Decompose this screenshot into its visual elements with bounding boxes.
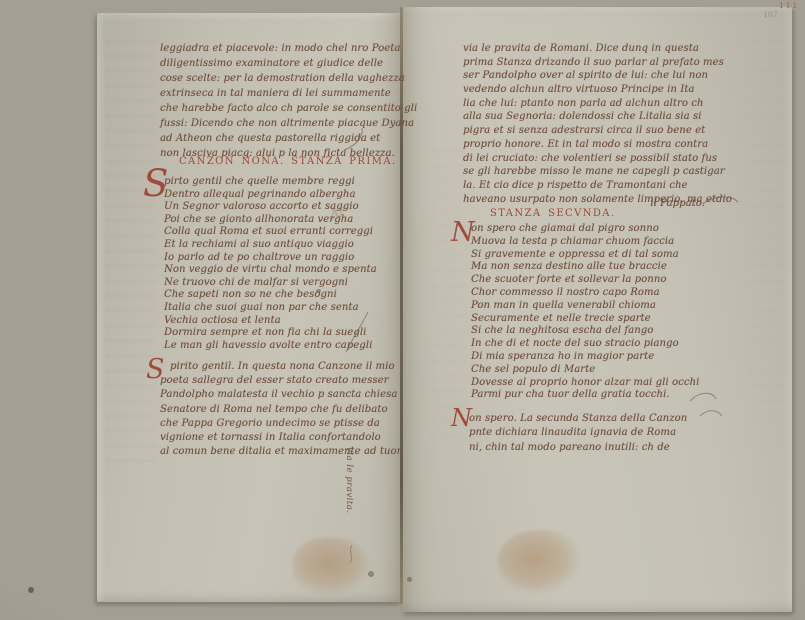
pen-flourish-poem1-end <box>344 310 370 354</box>
text-line: Poi che se gionto allhonorata vergha <box>164 214 394 227</box>
right-stanza-heading: STANZA SECVNDA. <box>490 208 616 219</box>
text-line: Dentro allequal pegrinando albergha <box>164 189 394 202</box>
text-line: che harebbe facto alco ch parole se cons… <box>160 101 406 116</box>
pen-flourish-poem2-end <box>688 387 718 405</box>
ink-speck <box>368 571 374 577</box>
left-prose-intro: leggiadra et piacevole: in modo chel nro… <box>160 41 406 161</box>
text-line: Che sapeti non so ne che besogni <box>164 289 394 302</box>
text-line: Securamente et nelle trecie sparte <box>471 313 721 326</box>
right-prose-continuation: via le pravita de Romani. Dice dunq in q… <box>463 42 745 206</box>
text-line: pigra et si senza adestrarsi circa il su… <box>463 124 745 138</box>
pen-flourish-intro-end <box>340 126 366 152</box>
right-poem-stanza-2: on spero che giamai dal pigro sonnoMuova… <box>471 223 721 402</box>
text-line: se gli harebbe misso le mane ne capegli … <box>463 165 745 179</box>
text-line: cose scelte: per la demostration della v… <box>160 71 406 86</box>
text-line: via le pravita de Romani. Dice dunq in q… <box>463 42 745 56</box>
text-line: proprio honore. Et in tal modo si mostra… <box>463 138 745 152</box>
text-line: la. Et cio dice p rispetto de Tramontani… <box>463 179 745 193</box>
text-line: leggiadra et piacevole: in modo chel nro… <box>160 41 406 56</box>
text-line: che Pappa Gregorio undecimo se ptisse da <box>160 417 406 431</box>
text-line: Che scuoter forte et sollevar la ponno <box>471 274 721 287</box>
text-line: Parmi pur cha tuor della gratia tocchi. <box>471 389 721 402</box>
text-line: pnte dichiara linaudita ignavia de Roma <box>469 426 739 440</box>
ink-speck <box>316 289 321 293</box>
text-line: alla sua Segnoria: dolendossi che Litali… <box>463 110 745 124</box>
text-line: poeta sallegra del esser stato creato me… <box>160 374 406 388</box>
pen-flourish-commentary <box>698 406 724 420</box>
text-line: diligentissimo examinatore et giudice de… <box>160 56 406 71</box>
left-margin-bleed-letter: N <box>330 206 343 224</box>
text-line: Non veggio de virtu chal mondo e spenta <box>164 264 394 277</box>
text-line: Et la rechiami al suo antiquo viaggio <box>164 239 394 252</box>
text-line: extrinseca in tal maniera di lei summame… <box>160 86 406 101</box>
debris-speck <box>28 587 34 593</box>
folio-number-red: 111 <box>779 1 799 10</box>
text-line: Dovesse al proprio honor alzar mai gli o… <box>471 377 721 390</box>
text-line: Muova la testa p chiamar chuom faccia <box>471 236 721 249</box>
text-line: In che di et nocte del suo stracio piang… <box>471 338 721 351</box>
pen-flourish-pappato <box>700 192 740 208</box>
text-line: Si che la neghitosa escha del fango <box>471 325 721 338</box>
ink-speck <box>407 577 412 582</box>
text-line: di lei cruciato: che volentieri se possi… <box>463 152 745 166</box>
text-line: ad Atheon che questa pastorella riggida … <box>160 131 406 146</box>
text-line: al comun bene ditalia et maximamente ad … <box>160 445 406 459</box>
text-line: Un Segnor valoroso accorto et saggio <box>164 201 394 214</box>
text-line: Senatore di Roma nel tempo che fu deliba… <box>160 403 406 417</box>
text-line: Di mia speranza ho in magior parte <box>471 351 721 364</box>
text-line: Pandolpho malatesta il vechio p sancta c… <box>160 388 406 402</box>
text-line: on spero che giamai dal pigro sonno <box>471 223 721 236</box>
stain-right-page <box>497 530 581 594</box>
text-line: ni, chin tal modo pareano inutili: ch de <box>469 441 739 455</box>
text-line: Ma non senza destino alle tue braccie <box>471 261 721 274</box>
left-margin-catchword-vertical: via le pravita. <box>344 447 354 514</box>
text-line: Colla qual Roma et suoi erranti correggi <box>164 226 394 239</box>
text-line: pirito gentil. In questa nona Canzone il… <box>160 360 406 374</box>
folio-number-pencil: 107 <box>763 10 778 19</box>
text-line: vignione et tornassi in Italia confortan… <box>160 431 406 445</box>
text-line: Ne truovo chi de malfar si vergogni <box>164 277 394 290</box>
text-line: prima Stanza drizando il suo parlar al p… <box>463 56 745 70</box>
text-line: Pon man in quella venerabil chioma <box>471 300 721 313</box>
right-prose-end: il Pappato. <box>605 198 705 209</box>
text-line: Chor commesso il nostro capo Roma <box>471 287 721 300</box>
text-line: Si gravemente e oppressa et di tal soma <box>471 249 721 262</box>
text-line: Che sel populo di Marte <box>471 364 721 377</box>
left-commentary: pirito gentil. In questa nona Canzone il… <box>160 360 406 459</box>
text-line: pirto gentil che quelle membre reggi <box>164 176 394 189</box>
text-line: fussi: Dicendo che non altrimente piacqu… <box>160 116 406 131</box>
text-line: Io parlo ad te po chaltrove un raggio <box>164 252 394 265</box>
text-line: lia che lui: ptanto non parla ad alchun … <box>463 97 745 111</box>
manuscript-photo: 111 107 leggiadra et piacevole: in modo … <box>0 0 805 620</box>
text-line: ser Pandolpho over al spirito de lui: ch… <box>463 69 745 83</box>
text-line: vedendo alchun altro virtuoso Principe i… <box>463 83 745 97</box>
left-canzone-heading: CANZON NONA. STANZA PRIMA. <box>179 156 397 167</box>
